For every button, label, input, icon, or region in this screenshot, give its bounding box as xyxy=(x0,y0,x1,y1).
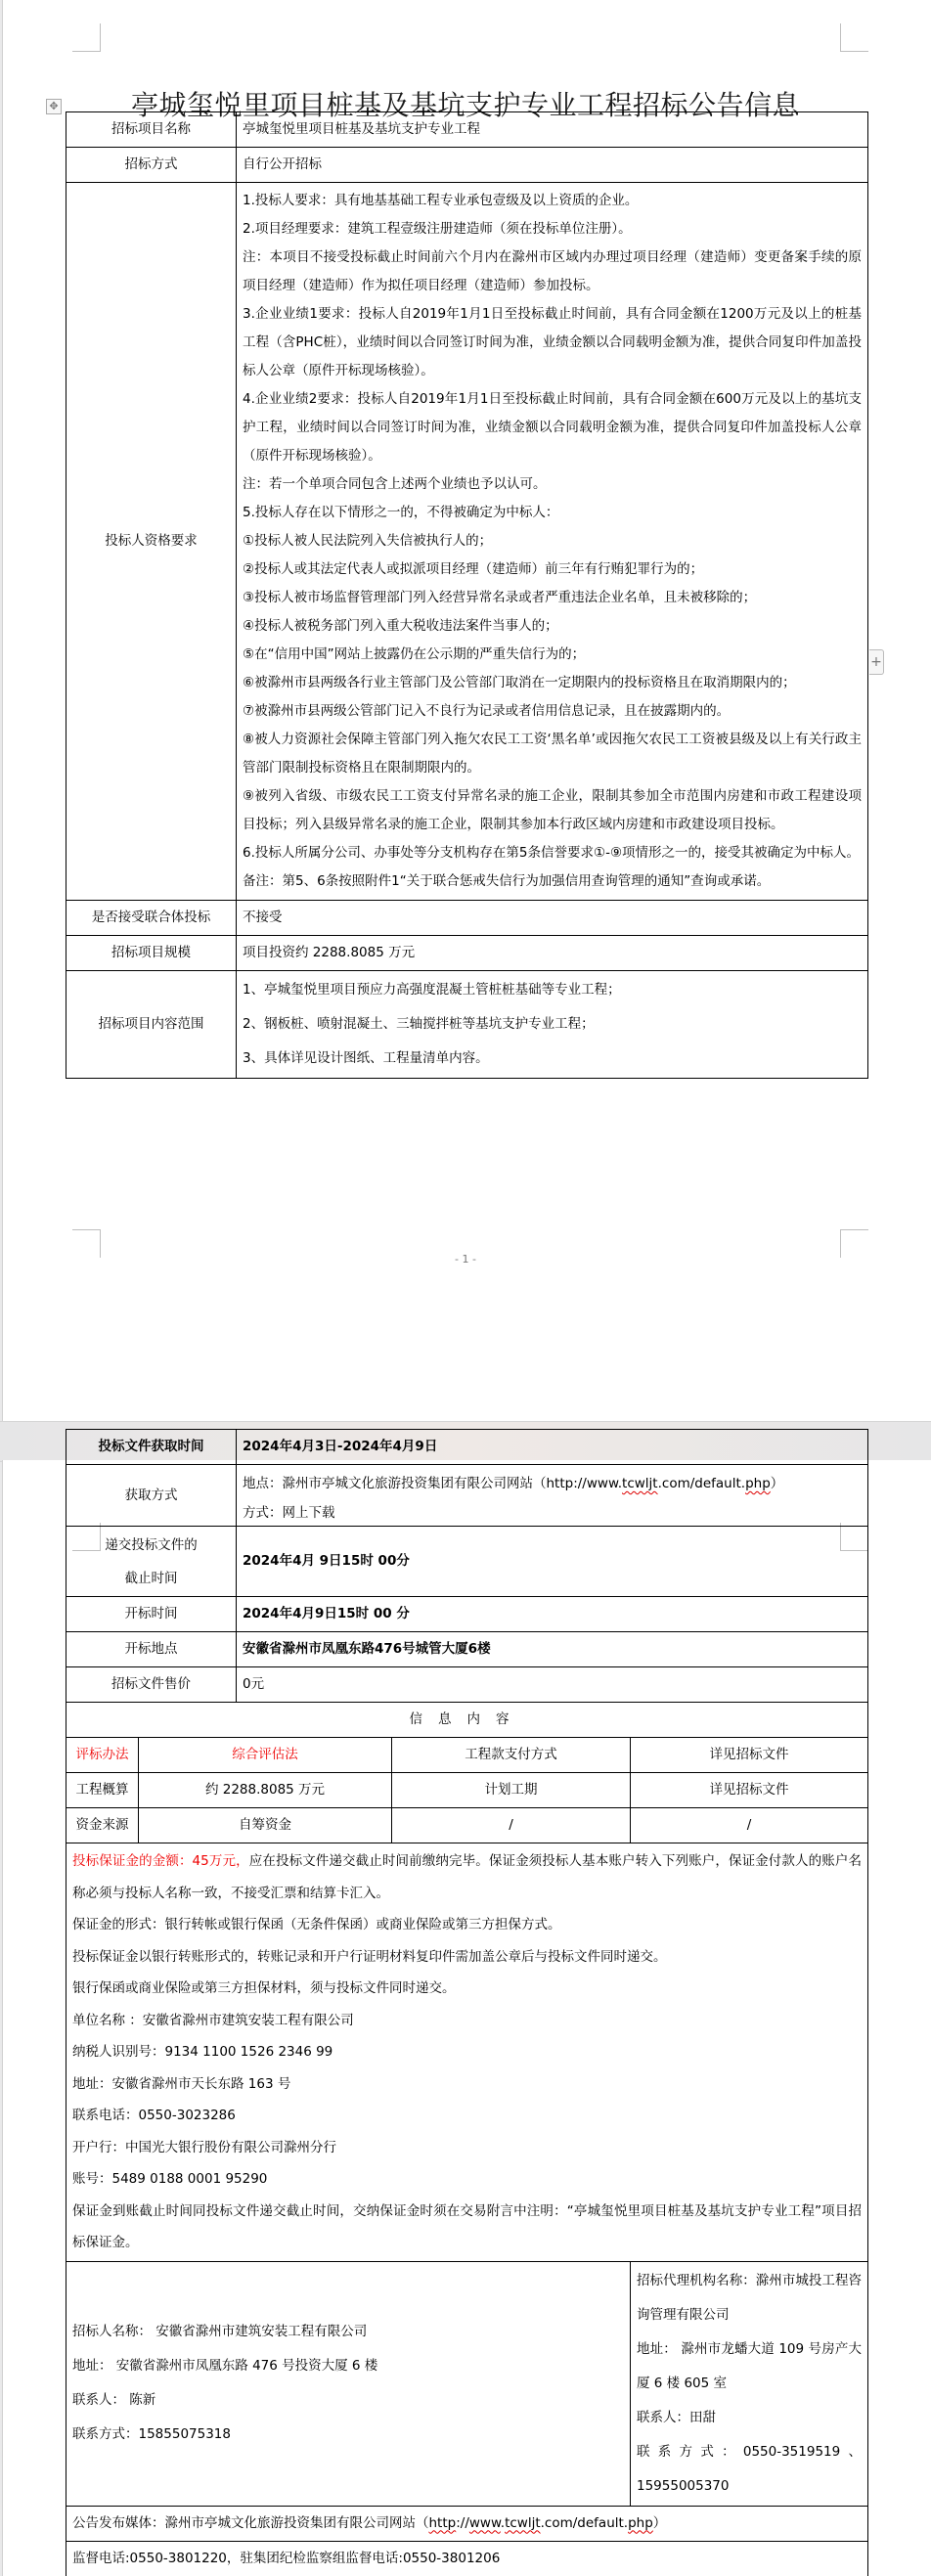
fund-source-label: 资金来源 xyxy=(66,1808,139,1843)
tenderer-line: 招标人名称： 安徽省滁州市建筑安装工程有限公司 xyxy=(72,2315,624,2349)
requirement-item: ①投标人被人民法院列入失信被执行人的； xyxy=(243,527,862,555)
tenderer-line: 地址： 安徽省滁州市凤凰东路 476 号投资大厦 6 楼 xyxy=(72,2349,624,2383)
media-text: ） xyxy=(653,2515,667,2531)
scope-item: 2、钢板桩、喷射混凝土、三轴搅拌桩等基坑支护专业工程； xyxy=(243,1007,862,1042)
table-row: 监督电话:0550-3801220，驻集团纪检监察组监督电话:0550-3801… xyxy=(66,2541,868,2576)
row-label: 递交投标文件的 截止时间 xyxy=(66,1527,237,1597)
deposit-line: 单位名称 ：安徽省滁州市建筑安装工程有限公司 xyxy=(72,2005,862,2037)
page-corner-mark xyxy=(72,23,101,52)
row-label: 投标文件获取时间 xyxy=(66,1430,237,1465)
requirement-item: 5.投标人存在以下情形之一的，不得被确定为中标人： xyxy=(243,499,862,527)
row-label: 招标项目内容范围 xyxy=(66,971,237,1079)
deposit-line: 账号：5489 0188 0001 95290 xyxy=(72,2163,862,2196)
media-text: 公告发布媒体：滁州市亭城文化旅游投资集团有限公司网站（ xyxy=(72,2515,429,2531)
agency-line: 联系人：田甜 xyxy=(637,2401,862,2435)
row-label: 招标项目名称 xyxy=(66,112,237,148)
row-label: 开标时间 xyxy=(66,1597,237,1632)
table-row: 招标项目规模 项目投资约 2288.8085 万元 xyxy=(66,936,868,971)
table-move-handle-icon[interactable]: ✥ xyxy=(46,99,62,114)
payment-method-label: 工程款支付方式 xyxy=(392,1738,631,1773)
agency-line: 招标代理机构名称：滁州市城投工程咨询管理有限公司 xyxy=(637,2264,862,2332)
deposit-line: 联系电话：0550-3023286 xyxy=(72,2100,862,2132)
table-row: 递交投标文件的 截止时间 2024年4月 9日15时 00分 xyxy=(66,1527,868,1597)
requirement-item: ⑤在“信用中国”网站上披露仍在公示期的严重失信行为的； xyxy=(243,641,862,669)
row-label: 招标方式 xyxy=(66,148,237,183)
table-row: 信息内容 xyxy=(66,1703,868,1738)
project-name-value: 亭城玺悦里项目桩基及基坑支护专业工程 xyxy=(237,112,868,148)
scope-list: 1、亭城玺悦里项目预应力高强度混凝土管桩桩基础等专业工程； 2、钢板桩、喷射混凝… xyxy=(237,971,868,1079)
schedule-label: 计划工期 xyxy=(392,1773,631,1808)
tender-method-value: 自行公开招标 xyxy=(237,148,868,183)
website-link[interactable]: http://www.tcwljt.com/default.php xyxy=(547,1476,771,1491)
url-part: .com/default. xyxy=(541,2515,628,2531)
requirement-item: 备注：第5、6条按照附件1“关于联合惩戒失信行为加强信用查询管理的通知”查询或承… xyxy=(243,867,862,896)
requirement-item: ③投标人被市场监督管理部门列入经营异常名录或者严重违法企业名单，且未被移除的； xyxy=(243,584,862,612)
row-label: 开标地点 xyxy=(66,1632,237,1667)
url-part: .com/default. xyxy=(658,1476,745,1491)
deposit-line: 保证金的形式：银行转帐或银行保函（无条件保函）或商业保险或第三方担保方式。 xyxy=(72,1909,862,1941)
label-line: 递交投标文件的 xyxy=(72,1529,230,1562)
deposit-amount-highlight: 投标保证金的金额：45万元， xyxy=(72,1853,249,1869)
table-row: 是否接受联合体投标 不接受 xyxy=(66,901,868,936)
requirement-item: ⑥被滁州市县两级各行业主管部门及公管部门取消在一定期限内的投标资格且在取消期限内… xyxy=(243,669,862,697)
requirement-item: 2.项目经理要求：建筑工程壹级注册建造师（须在投标单位注册）。 xyxy=(243,215,862,244)
row-label: 获取方式 xyxy=(66,1465,237,1527)
row-label: 投标人资格要求 xyxy=(66,183,237,901)
fund-source-value: 自筹资金 xyxy=(139,1808,392,1843)
page-number: - 1 - xyxy=(0,1253,931,1266)
add-column-button[interactable]: + xyxy=(869,649,884,675)
supervision-phone: 监督电话:0550-3801220，驻集团纪检监察组监督电话:0550-3801… xyxy=(66,2541,868,2576)
scope-item: 3、具体详见设计图纸、工程量清单内容。 xyxy=(243,1042,862,1076)
url-part: php xyxy=(745,1476,771,1491)
info-grid-row: 资金来源 自筹资金 / / xyxy=(66,1808,868,1843)
requirement-item: 1.投标人要求：具有地基基础工程专业承包壹级及以上资质的企业。 xyxy=(243,187,862,215)
scale-value: 项目投资约 2288.8085 万元 xyxy=(237,936,868,971)
deposit-info: 投标保证金的金额：45万元，应在投标文件递交截止时间前缴纳完毕。保证金须投标人基… xyxy=(66,1843,868,2262)
tender-info-table-page2: 投标文件获取时间 2024年4月3日-2024年4月9日 获取方式 地点：滁州市… xyxy=(66,1429,868,2576)
estimate-value: 约 2288.8085 万元 xyxy=(139,1773,392,1808)
table-row-qualification: 投标人资格要求 1.投标人要求：具有地基基础工程专业承包壹级及以上资质的企业。 … xyxy=(66,183,868,901)
table-row: 招标方式 自行公开招标 xyxy=(66,148,868,183)
empty-cell: / xyxy=(631,1808,868,1843)
table-row-deposit: 投标保证金的金额：45万元，应在投标文件递交截止时间前缴纳完毕。保证金须投标人基… xyxy=(66,1843,868,2262)
eval-method-label: 评标办法 xyxy=(66,1738,139,1773)
location-text: ） xyxy=(771,1476,784,1491)
agency-contact: 招标代理机构名称：滁州市城投工程咨询管理有限公司 地址： 滁州市龙蟠大道 109… xyxy=(631,2261,868,2506)
requirement-item: 4.企业业绩2要求：投标人自2019年1月1日至投标截止时间前，具有合同金额在6… xyxy=(243,385,862,470)
requirement-item: ⑧被人力资源社会保障主管部门列入拖欠农民工工资‘黑名单’或因拖欠农民工工资被县级… xyxy=(243,726,862,782)
table-row: 招标文件售价 0元 xyxy=(66,1667,868,1703)
acquire-time-value: 2024年4月3日-2024年4月9日 xyxy=(237,1430,868,1465)
scope-item: 1、亭城玺悦里项目预应力高强度混凝土管桩桩基础等专业工程； xyxy=(243,973,862,1007)
table-row-contacts: 招标人名称： 安徽省滁州市建筑安装工程有限公司 地址： 安徽省滁州市凤凰东路 4… xyxy=(66,2261,868,2506)
deadline-value: 2024年4月 9日15时 00分 xyxy=(237,1527,868,1597)
deposit-line: 地址：安徽省滁州市天长东路 163 号 xyxy=(72,2068,862,2101)
deposit-line: 银行保函或商业保险或第三方担保材料，须与投标文件同时递交。 xyxy=(72,1973,862,2005)
deposit-amount: 投标保证金的金额：45万元，应在投标文件递交截止时间前缴纳完毕。保证金须投标人基… xyxy=(72,1845,862,1909)
schedule-value: 详见招标文件 xyxy=(631,1773,868,1808)
deposit-line: 纳税人识别号：9134 1100 1526 2346 99 xyxy=(72,2036,862,2068)
url-part: :// xyxy=(456,2515,469,2531)
requirement-item: 6.投标人所属分公司、办事处等分支机构存在第5条信誉要求①-⑨项情形之一的，接受… xyxy=(243,839,862,867)
eval-method-value: 综合评估法 xyxy=(139,1738,392,1773)
table-row: 招标项目名称 亭城玺悦里项目桩基及基坑支护专业工程 xyxy=(66,112,868,148)
deposit-line: 开户行：中国光大银行股份有限公司滁州分行 xyxy=(72,2132,862,2164)
table-row: 获取方式 地点：滁州市亭城文化旅游投资集团有限公司网站（http://www.t… xyxy=(66,1465,868,1527)
publish-media: 公告发布媒体：滁州市亭城文化旅游投资集团有限公司网站（http://www.tc… xyxy=(66,2506,868,2541)
requirement-item: ⑦被滁州市县两级公管部门记入不良行为记录或者信用信息记录，且在披露期内的。 xyxy=(243,697,862,726)
table-row-scope: 招标项目内容范围 1、亭城玺悦里项目预应力高强度混凝土管桩桩基础等专业工程； 2… xyxy=(66,971,868,1079)
url-part: tcwljt xyxy=(505,2515,541,2531)
estimate-label: 工程概算 xyxy=(66,1773,139,1808)
table-row: 开标地点 安徽省滁州市凤凰东路476号城管大厦6楼 xyxy=(66,1632,868,1667)
url-part: tcwljt xyxy=(622,1476,658,1491)
open-place-value: 安徽省滁州市凤凰东路476号城管大厦6楼 xyxy=(237,1632,868,1667)
url-part: www xyxy=(469,2515,501,2531)
url-part: http xyxy=(429,2515,457,2531)
download-method: 方式：网上下载 xyxy=(243,1500,862,1526)
requirement-item: ④投标人被税务部门列入重大税收违法案件当事人的； xyxy=(243,612,862,641)
agency-line: 联系方式：0550-3519519、15955005370 xyxy=(637,2435,862,2504)
table-row: 投标文件获取时间 2024年4月3日-2024年4月9日 xyxy=(66,1430,868,1465)
url-part: php xyxy=(628,2515,653,2531)
location-text: 地点：滁州市亭城文化旅游投资集团有限公司网站（ xyxy=(243,1476,547,1491)
label-line: 截止时间 xyxy=(72,1562,230,1595)
tenderer-line: 联系方式：15855075318 xyxy=(72,2418,624,2452)
empty-cell: / xyxy=(392,1808,631,1843)
url-part: http://www. xyxy=(547,1476,623,1491)
deposit-line: 保证金到账截止时间同投标文件递交截止时间，交纳保证金时须在交易附言中注明：“亭城… xyxy=(72,2196,862,2259)
info-section-header: 信息内容 xyxy=(66,1703,868,1738)
qualification-requirements: 1.投标人要求：具有地基基础工程专业承包壹级及以上资质的企业。 2.项目经理要求… xyxy=(237,183,868,901)
requirement-item: 3.企业业绩1要求：投标人自2019年1月1日至投标截止时间前，具有合同金额在1… xyxy=(243,300,862,385)
payment-method-value: 详见招标文件 xyxy=(631,1738,868,1773)
acquire-method-value: 地点：滁州市亭城文化旅游投资集团有限公司网站（http://www.tcwljt… xyxy=(237,1465,868,1527)
row-label: 是否接受联合体投标 xyxy=(66,901,237,936)
info-grid-row: 工程概算 约 2288.8085 万元 计划工期 详见招标文件 xyxy=(66,1773,868,1808)
tenderer-line: 联系人： 陈新 xyxy=(72,2383,624,2418)
row-label: 招标项目规模 xyxy=(66,936,237,971)
agency-line: 地址： 滁州市龙蟠大道 109 号房产大厦 6 楼 605 室 xyxy=(637,2332,862,2401)
tenderer-contact: 招标人名称： 安徽省滁州市建筑安装工程有限公司 地址： 安徽省滁州市凤凰东路 4… xyxy=(66,2261,631,2506)
info-grid-row: 评标办法 综合评估法 工程款支付方式 详见招标文件 xyxy=(66,1738,868,1773)
open-time-value: 2024年4月9日15时 00 分 xyxy=(237,1597,868,1632)
media-link[interactable]: http://www.tcwljt.com/default.php xyxy=(429,2515,653,2531)
requirement-item: ②投标人或其法定代表人或拟派项目经理（建造师）前三年有行贿犯罪行为的； xyxy=(243,555,862,584)
deposit-line: 投标保证金以银行转账形式的，转账记录和开户行证明材料复印件需加盖公章后与投标文件… xyxy=(72,1941,862,1974)
requirement-item: ⑨被列入省级、市级农民工工资支付异常名录的施工企业，限制其参加全市范围内房建和市… xyxy=(243,782,862,839)
table-row: 公告发布媒体：滁州市亭城文化旅游投资集团有限公司网站（http://www.tc… xyxy=(66,2506,868,2541)
consortium-value: 不接受 xyxy=(237,901,868,936)
requirement-item: 注：本项目不接受投标截止时间前六个月内在滁州市区域内办理过项目经理（建造师）变更… xyxy=(243,244,862,300)
page-corner-mark xyxy=(840,23,868,52)
doc-price-value: 0元 xyxy=(237,1667,868,1703)
requirement-item: 注：若一个单项合同包含上述两个业绩也予以认可。 xyxy=(243,470,862,499)
table-row: 开标时间 2024年4月9日15时 00 分 xyxy=(66,1597,868,1632)
tender-info-table-page1: 招标项目名称 亭城玺悦里项目桩基及基坑支护专业工程 招标方式 自行公开招标 投标… xyxy=(66,111,868,1079)
row-label: 招标文件售价 xyxy=(66,1667,237,1703)
